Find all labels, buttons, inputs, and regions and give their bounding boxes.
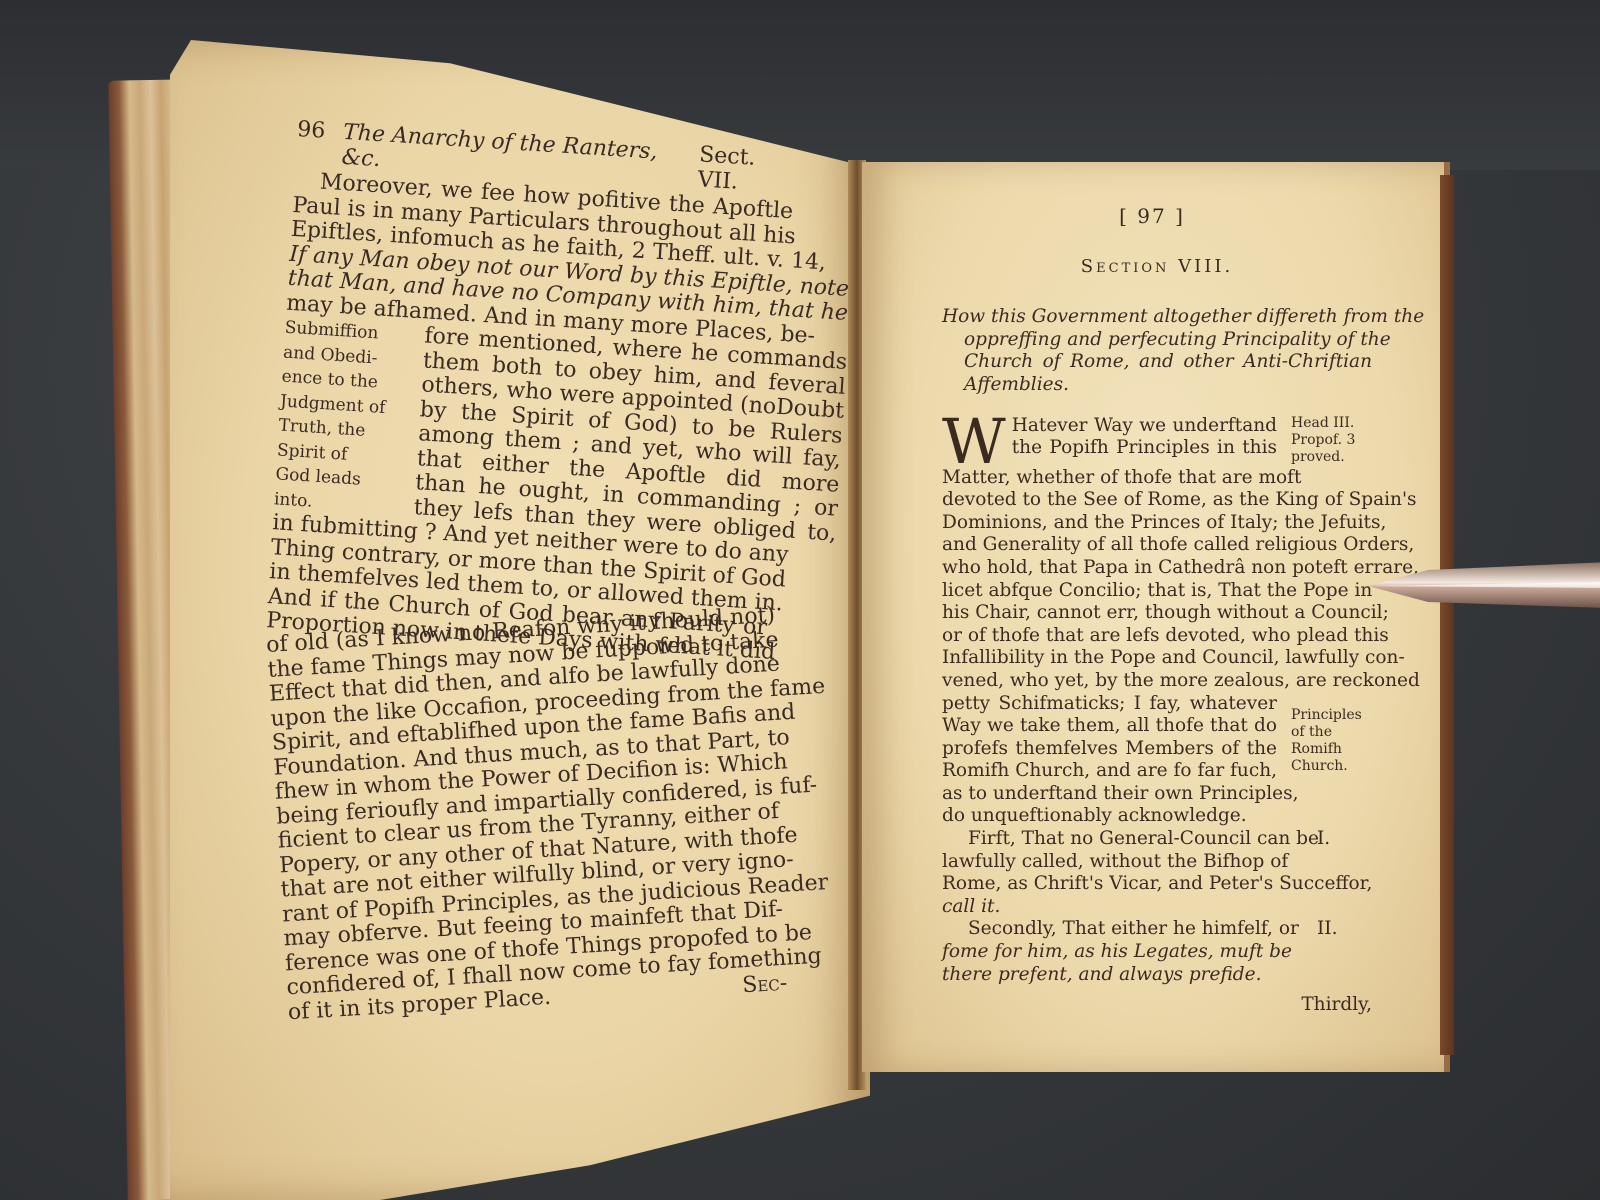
margin-note: Principles of the Romifh Church. [1277, 693, 1372, 829]
margin-note: Submiffion and Obedi- ence to the Judgme… [273, 316, 425, 520]
margin-note-line: Head III. [1291, 415, 1355, 432]
text-line: Matter, whether of thofe that are moft [942, 467, 1277, 490]
point-numeral: I. [1277, 828, 1330, 873]
text-line: Romifh Church, and are fo far fuch, [942, 760, 1277, 783]
text-line: vened, who yet, by the more zealous, are… [942, 670, 1372, 693]
text-line: fome for him, as his Legates, muft be [942, 941, 1277, 964]
letter-opener-blade [1368, 556, 1600, 616]
text-line: profefs themfelves Members of the [942, 738, 1277, 761]
text-line: Firft, That no General-Council can be [942, 828, 1277, 851]
text-line: call it. [942, 896, 1372, 919]
text-line: do unqueftionably acknowledge. [942, 805, 1277, 828]
text-line: as to underftand their own Principles, [942, 783, 1277, 806]
page-number-right: [ 97 ] [932, 205, 1372, 228]
text-line: there prefent, and always prefide. [942, 964, 1277, 987]
page-number-left: 96 [295, 118, 326, 169]
text-line: Dominions, and the Princes of Italy; the… [942, 512, 1372, 535]
right-page-text: [ 97 ] Section VIII. How this Government… [942, 205, 1372, 1017]
text-line: Rome, as Chrift's Vicar, and Peter's Suc… [942, 873, 1372, 896]
text-line: and Generality of all thofe called relig… [942, 534, 1372, 557]
summary-line: How this Government altogether differeth… [942, 306, 1372, 329]
drop-cap: W [942, 417, 1006, 467]
text-line: who hold, that Papa in Cathedrâ non pote… [942, 557, 1372, 580]
margin-note: Head III. Propof. 3 proved. [1277, 415, 1355, 490]
text-line: lawfully called, without the Bifhop of [942, 851, 1277, 874]
summary-line: Church of Rome, and other Anti-Chriftian [942, 351, 1372, 374]
text-line: petty Schifmaticks; I fay, whatever [942, 693, 1277, 716]
summary-line: Affemblies. [942, 374, 1372, 397]
text-line: Way we take them, all thofe that do [942, 715, 1277, 738]
text-line: devoted to the See of Rome, as the King … [942, 489, 1372, 512]
catchword: Thirdly, [942, 994, 1372, 1017]
catchword: Sec- [742, 971, 788, 998]
margin-note-line: Principles [1291, 707, 1372, 724]
text-line: Infallibility in the Pope and Council, l… [942, 647, 1372, 670]
text-line: his Chair, cannot err, though without a … [942, 602, 1372, 625]
section-summary: How this Government altogether differeth… [942, 306, 1372, 396]
summary-line: oppreffing and perfecuting Principality … [942, 329, 1372, 352]
left-page-text: 96 The Anarchy of the Ranters, &c. Sect.… [241, 118, 797, 1056]
text-line: licet abfque Concilio; that is, That the… [942, 580, 1372, 603]
margin-note-line: Church. [1291, 758, 1372, 775]
margin-note-line: Propof. 3 [1291, 432, 1355, 449]
text-line: or of thofe that are lefs devoted, who p… [942, 625, 1372, 648]
point-numeral: II. [1277, 918, 1338, 986]
margin-note-line: of the Romifh [1291, 724, 1372, 758]
section-ref: Sect. VII. [697, 143, 797, 198]
section-title: Section VIII. [942, 256, 1372, 279]
margin-note-line: proved. [1291, 449, 1355, 466]
text-line: Secondly, That either he himfelf, or [942, 918, 1277, 941]
